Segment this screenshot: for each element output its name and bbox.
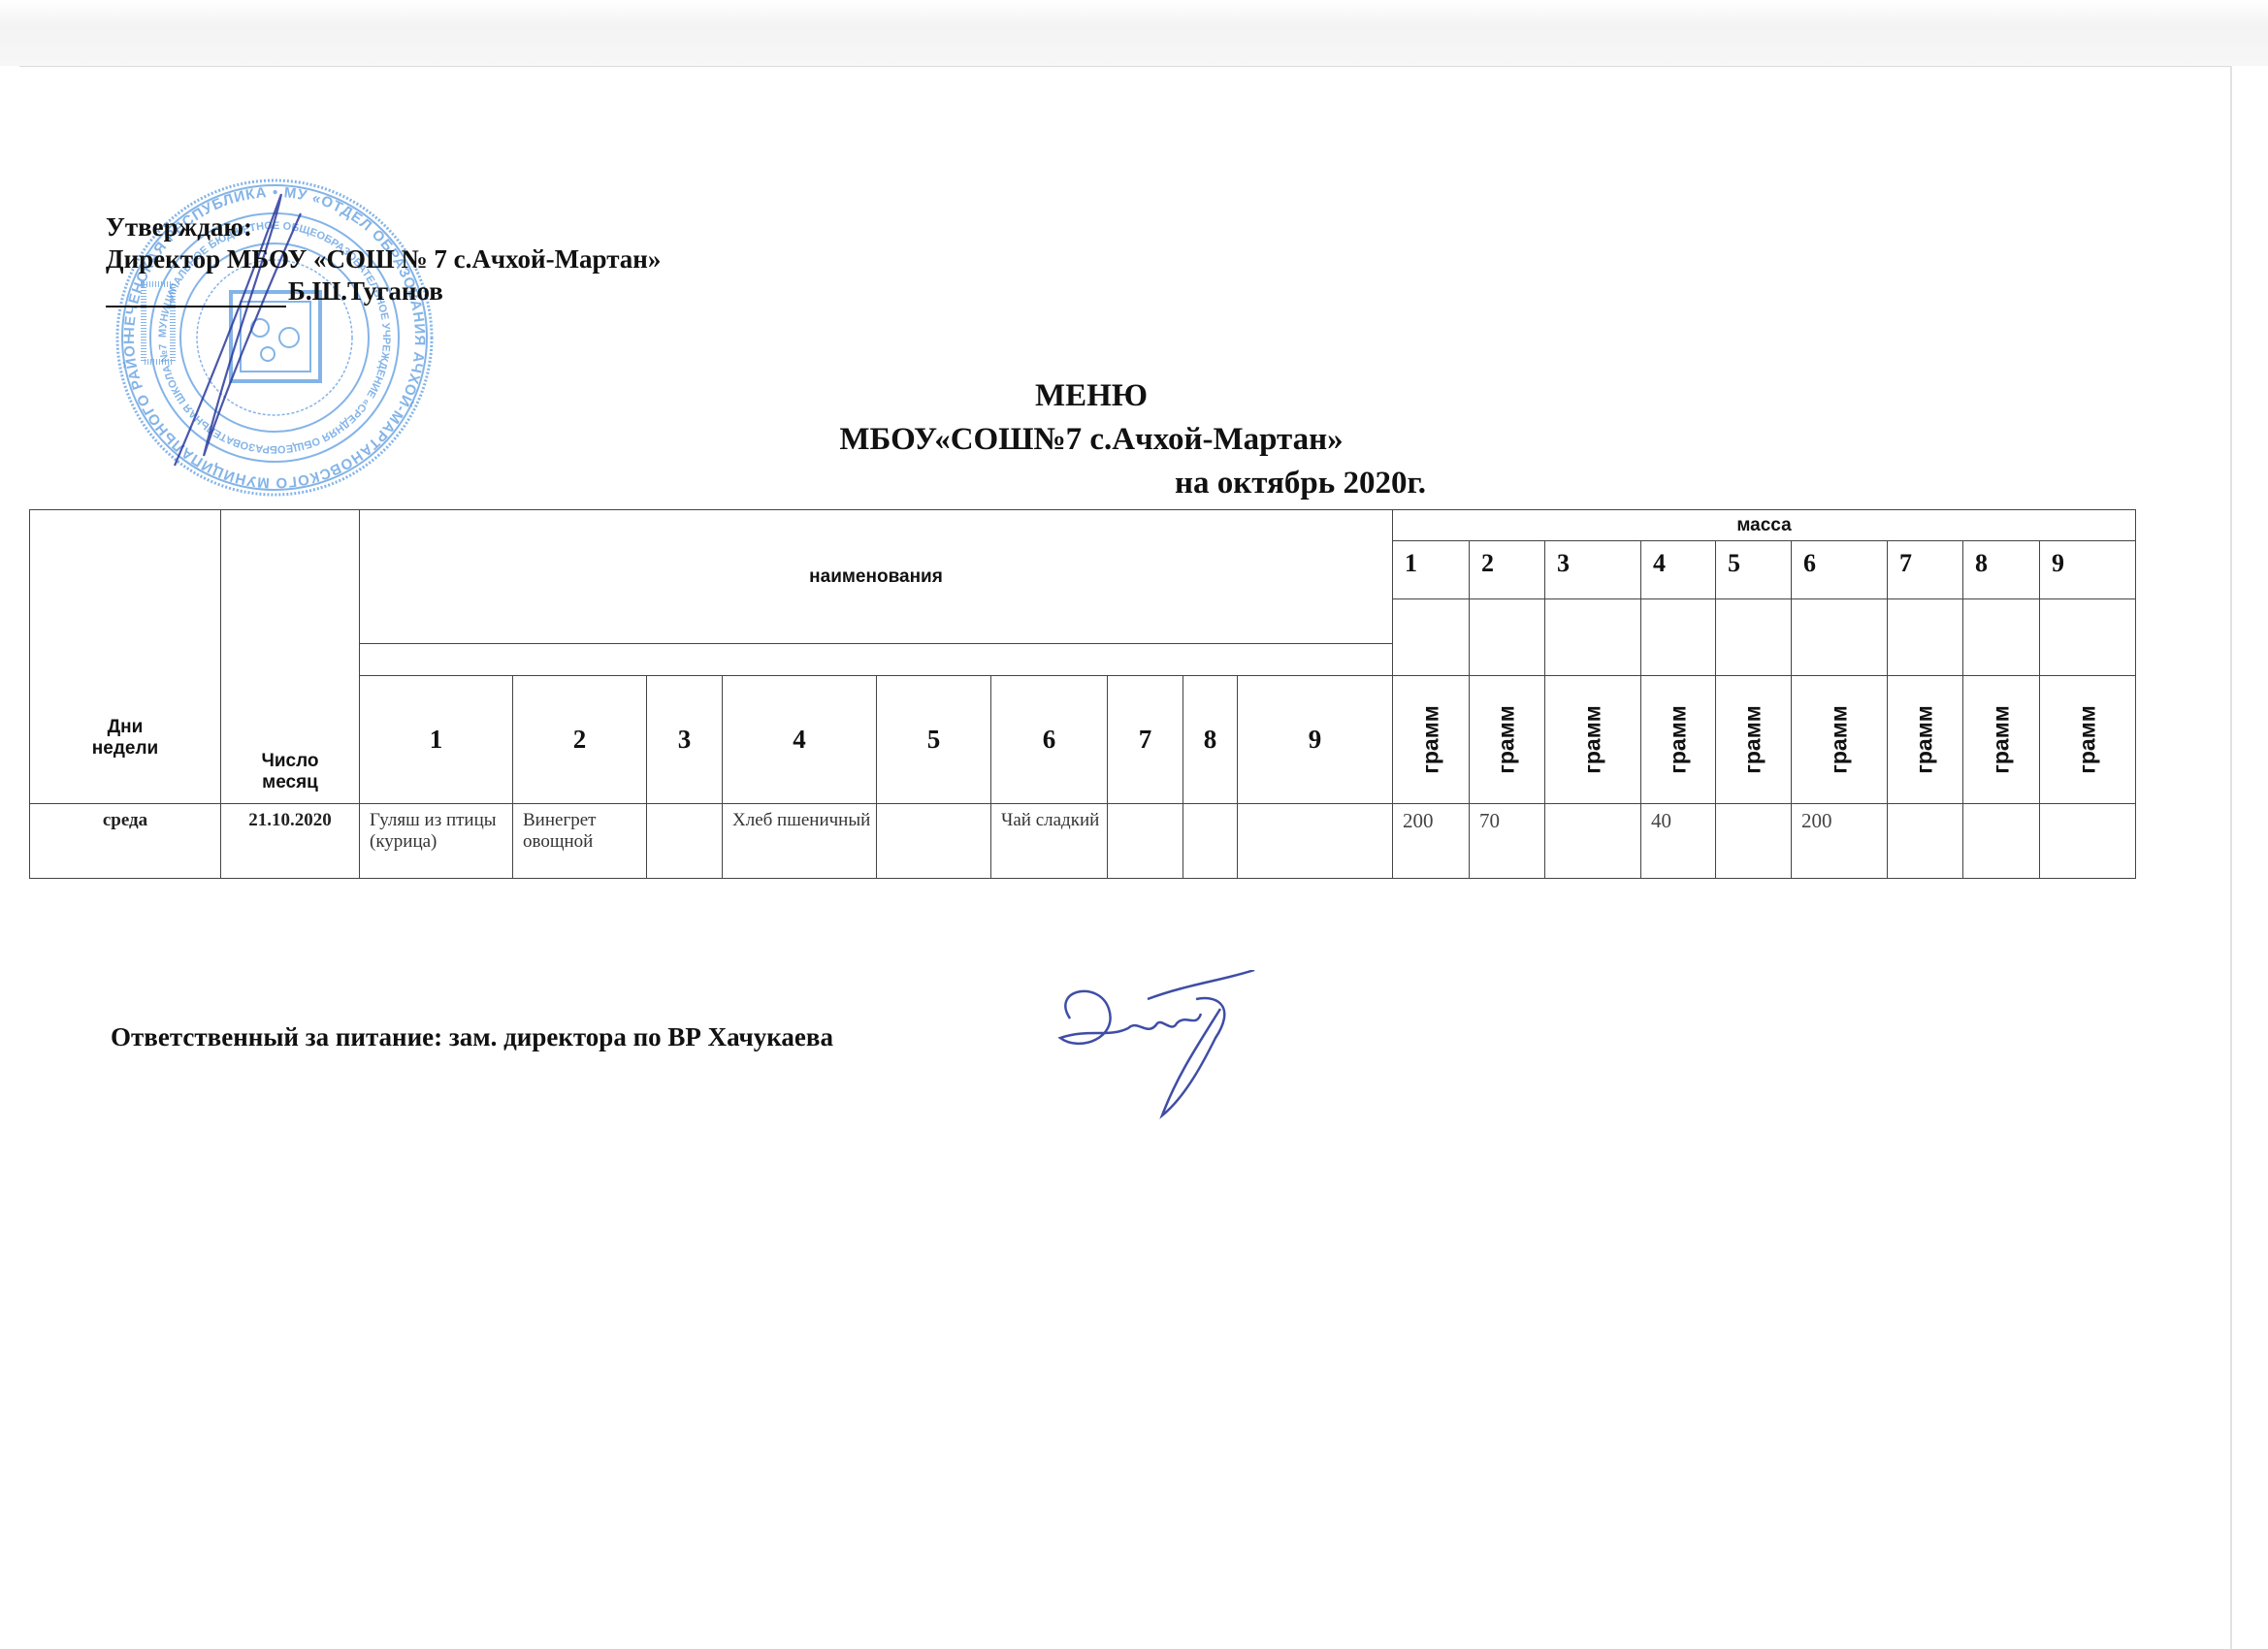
name-column-number: 6 [991,676,1108,804]
day-cell: среда [30,804,221,879]
menu-period: на октябрь 2020г. [1175,466,1426,501]
mass-blank-cell [1963,599,2040,676]
mass-unit-label: грамм [1417,705,1443,773]
menu-table: Дни недели Число месяц наименования масс… [29,509,2136,879]
page-edge-top [19,66,2231,67]
mass-column-number: 5 [1716,541,1792,599]
date-cell: 21.10.2020 [221,804,360,879]
mass-blank-cell [1545,599,1641,676]
mass-blank-cell [1641,599,1716,676]
header-days: Дни недели [30,510,221,804]
mass-unit-header: грамм [1470,676,1545,804]
approval-block: Утверждаю: Директор МБОУ «СОШ № 7 с.Ачхо… [106,211,661,307]
mass-unit-label: грамм [1912,705,1938,773]
mass-unit-header: грамм [1963,676,2040,804]
mass-cell: 40 [1641,804,1716,879]
mass-cell: 70 [1470,804,1545,879]
mass-unit-label: грамм [1740,705,1766,773]
mass-blank-cell [1393,599,1470,676]
mass-unit-header: грамм [1393,676,1470,804]
mass-column-number: 9 [2040,541,2136,599]
dish-cell [647,804,723,879]
mass-unit-label: грамм [1665,705,1691,773]
dish-cell: Винегрет овощной [513,804,647,879]
mass-cell [2040,804,2136,879]
approval-label: Утверждаю: [106,211,661,243]
dish-cell: Хлеб пшеничный [723,804,877,879]
mass-unit-header: грамм [1716,676,1792,804]
name-column-number: 7 [1108,676,1183,804]
mass-unit-header: грамм [1545,676,1641,804]
mass-column-number: 7 [1888,541,1963,599]
header-mass: масса [1393,510,2136,541]
page-edge-right [2230,66,2232,1649]
school-name: МБОУ«СОШ№7 с.Ачхой-Мартан» [0,422,2225,458]
mass-unit-label: грамм [2074,705,2100,773]
mass-unit-header: грамм [1641,676,1716,804]
name-column-number: 1 [360,676,513,804]
signature-line [106,282,286,307]
name-column-number: 9 [1238,676,1393,804]
mass-blank-cell [1792,599,1888,676]
dish-cell: Гуляш из птицы (курица) [360,804,513,879]
mass-cell: 200 [1792,804,1888,879]
mass-column-number: 8 [1963,541,2040,599]
mass-cell [1888,804,1963,879]
mass-blank-cell [1470,599,1545,676]
mass-blank-cell [1716,599,1792,676]
dish-cell: Чай сладкий [991,804,1108,879]
mass-column-number: 4 [1641,541,1716,599]
responsible-signature-icon [1051,970,1259,1120]
name-column-number: 8 [1183,676,1238,804]
mass-cell [1963,804,2040,879]
mass-blank-cell [1888,599,1963,676]
header-date: Число месяц [221,510,360,804]
name-column-number: 4 [723,676,877,804]
responsible-person: Ответственный за питание: зам. директора… [111,1022,833,1052]
mass-column-number: 1 [1393,541,1470,599]
dish-cell [877,804,991,879]
mass-unit-header: грамм [1888,676,1963,804]
dish-cell [1108,804,1183,879]
name-column-number: 2 [513,676,647,804]
document-title: МЕНЮ [0,378,2225,414]
mass-cell [1545,804,1641,879]
mass-unit-label: грамм [1826,705,1852,773]
dish-cell [1238,804,1393,879]
table-row: среда21.10.2020Гуляш из птицы (курица)Ви… [30,804,2136,879]
mass-unit-header: грамм [1792,676,1888,804]
mass-cell: 200 [1393,804,1470,879]
mass-unit-header: грамм [2040,676,2136,804]
name-column-number: 3 [647,676,723,804]
mass-column-number: 3 [1545,541,1641,599]
mass-column-number: 2 [1470,541,1545,599]
dish-cell [1183,804,1238,879]
director-name: Б.Ш.Туганов [288,276,443,306]
mass-blank-cell [2040,599,2136,676]
mass-unit-label: грамм [1988,705,2014,773]
mass-cell [1716,804,1792,879]
name-column-number: 5 [877,676,991,804]
scan-artifact-band [0,0,2268,66]
approval-director-title: Директор МБОУ «СОШ № 7 с.Ачхой-Мартан» [106,243,661,275]
mass-column-number: 6 [1792,541,1888,599]
mass-unit-label: грамм [1579,705,1605,773]
header-names: наименования [360,510,1393,644]
mass-unit-label: грамм [1494,705,1520,773]
